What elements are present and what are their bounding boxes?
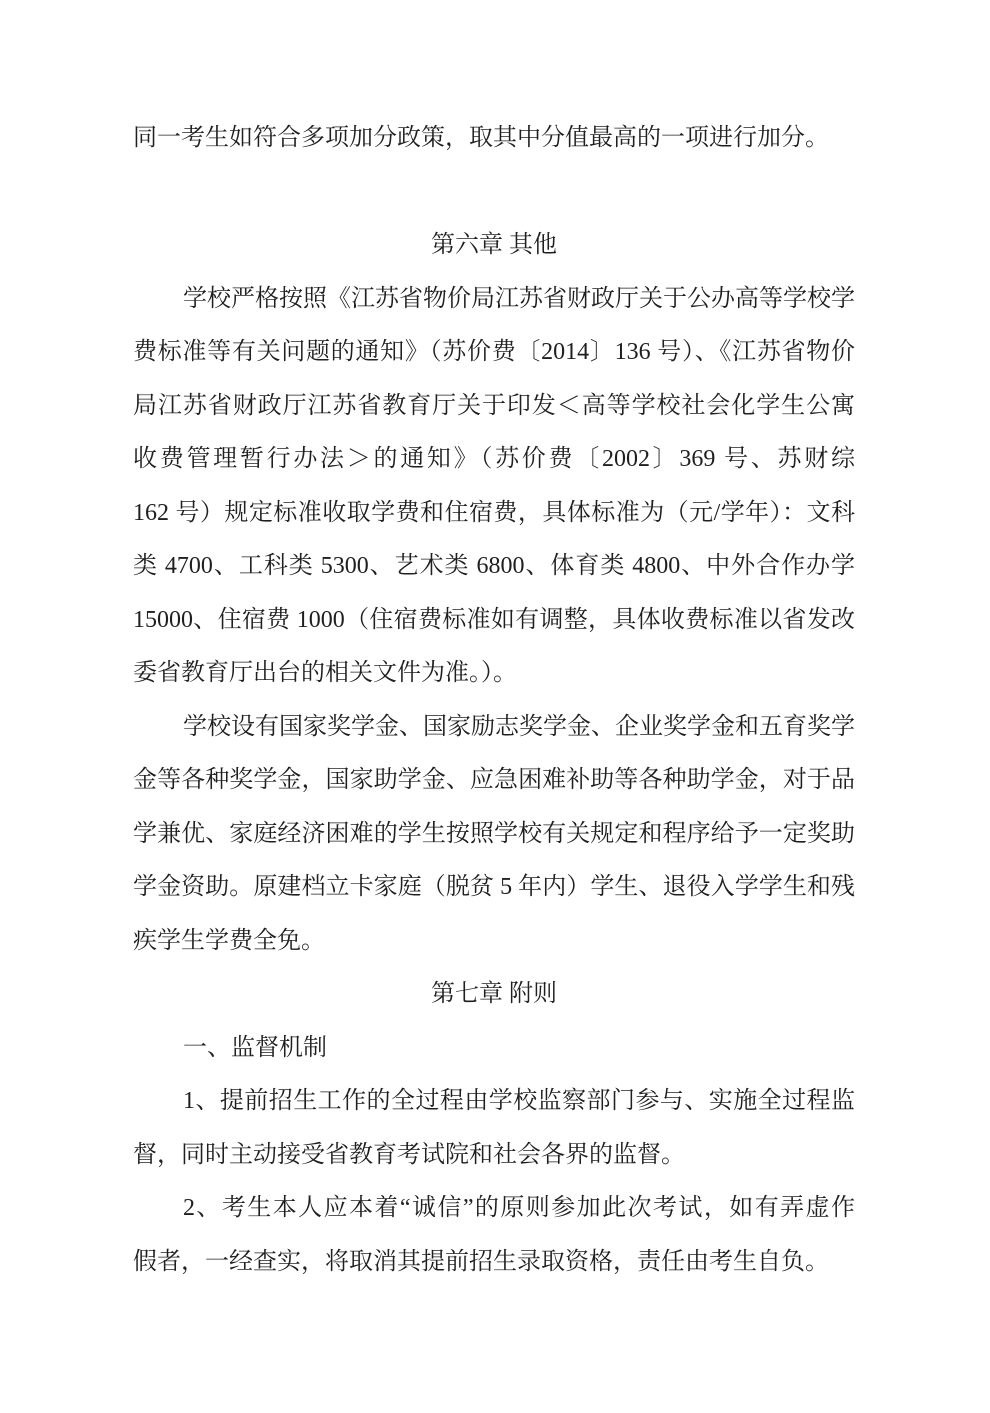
paragraph-line: 督，同时主动接受省教育考试院和社会各界的监督。: [133, 1129, 855, 1183]
paragraph-line: 2、考生本人应本着“诚信”的原则参加此次考试，如有弄虚作: [133, 1182, 855, 1236]
paragraph-line: 15000、住宿费 1000（住宿费标准如有调整，具体收费标准以省发改: [133, 594, 855, 648]
section-heading: 第六章 其他: [133, 219, 855, 273]
paragraph-line: 费标准等有关问题的通知》（苏价费〔2014〕136 号）、《江苏省物价: [133, 326, 855, 380]
paragraph-line: 类 4700、工科类 5300、艺术类 6800、体育类 4800、中外合作办学: [133, 540, 855, 594]
paragraph-line: 1、提前招生工作的全过程由学校监察部门参与、实施全过程监: [133, 1075, 855, 1129]
paragraph-line: 学校严格按照《江苏省物价局江苏省财政厅关于公办高等学校学: [133, 273, 855, 327]
document-page: 同一考生如符合多项加分政策，取其中分值最高的一项进行加分。第六章 其他学校严格按…: [0, 0, 990, 1413]
document-text-block: 同一考生如符合多项加分政策，取其中分值最高的一项进行加分。第六章 其他学校严格按…: [133, 112, 855, 1289]
paragraph-line: 局江苏省财政厅江苏省教育厅关于印发＜高等学校社会化学生公寓: [133, 380, 855, 434]
blank-line: [133, 166, 855, 220]
paragraph-line: 学金资助。原建档立卡家庭（脱贫 5 年内）学生、退役入学学生和残: [133, 861, 855, 915]
paragraph-line: 学校设有国家奖学金、国家励志奖学金、企业奖学金和五育奖学: [133, 701, 855, 755]
paragraph-line: 一、监督机制: [133, 1022, 855, 1076]
paragraph-line: 委省教育厅出台的相关文件为准。）。: [133, 647, 855, 701]
paragraph-line: 同一考生如符合多项加分政策，取其中分值最高的一项进行加分。: [133, 112, 855, 166]
section-heading: 第七章 附则: [133, 968, 855, 1022]
paragraph-line: 收费管理暂行办法＞的通知》（苏价费〔2002〕369 号、苏财综〔2002〕: [133, 433, 855, 487]
paragraph-line: 疾学生学费全免。: [133, 915, 855, 969]
paragraph-line: 金等各种奖学金，国家助学金、应急困难补助等各种助学金，对于品: [133, 754, 855, 808]
paragraph-line: 162 号）规定标准收取学费和住宿费，具体标准为（元/学年）：文科: [133, 487, 855, 541]
paragraph-line: 假者，一经查实，将取消其提前招生录取资格，责任由考生自负。: [133, 1236, 855, 1290]
paragraph-line: 学兼优、家庭经济困难的学生按照学校有关规定和程序给予一定奖助: [133, 808, 855, 862]
